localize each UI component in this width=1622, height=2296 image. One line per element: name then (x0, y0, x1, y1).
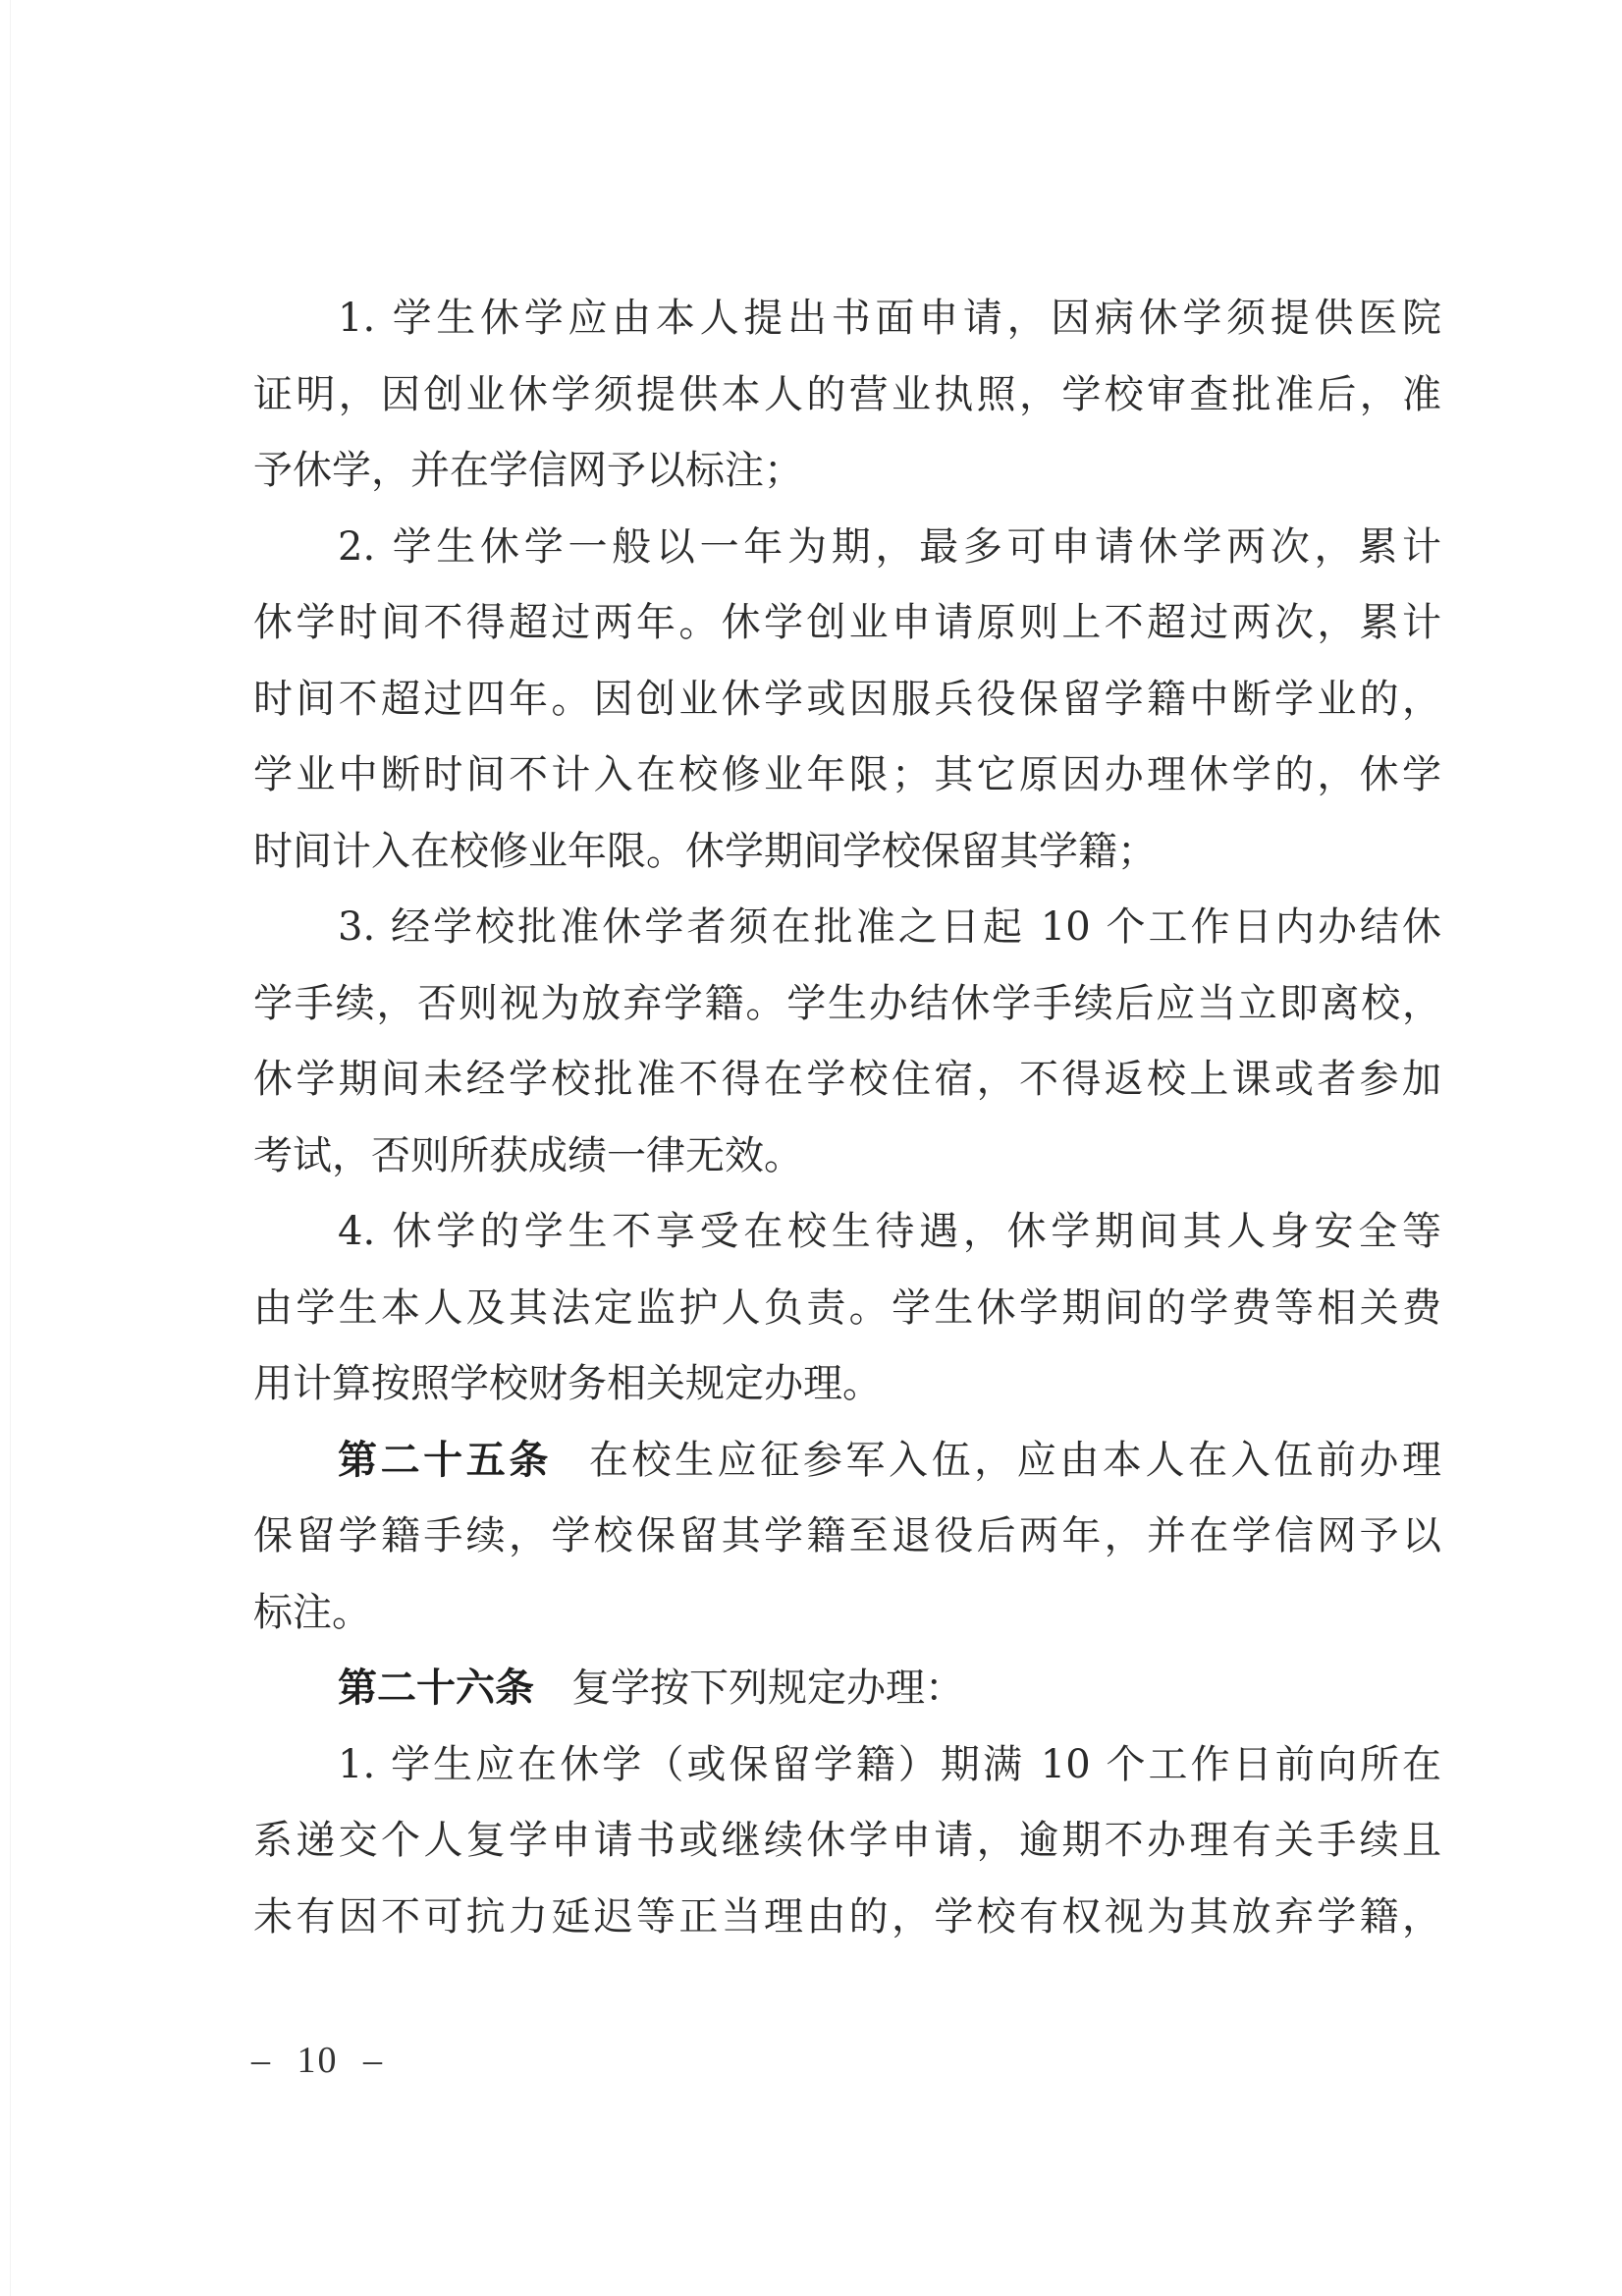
text-line: 证明，因创业休学须提供本人的营业执照，学校审查批准后，准 (253, 357, 1441, 434)
text-line: 4. 休学的学生不享受在校生待遇，休学期间其人身安全等 (253, 1194, 1441, 1271)
article-heading: 第二十六条 (338, 1666, 534, 1711)
page-number: – 10 – (251, 2039, 384, 2082)
text-line: 保留学籍手续，学校保留其学籍至退役后两年，并在学信网予以 (253, 1499, 1441, 1575)
text-line: 休学期间未经学校批准不得在学校住宿，不得返校上课或者参加 (253, 1042, 1441, 1119)
paragraph-leave-procedures: 3. 经学校批准休学者须在批准之日起 10 个工作日内办结休 学手续，否则视为放… (253, 890, 1441, 1194)
text-line: 2. 学生休学一般以一年为期，最多可申请休学两次，累计 (253, 510, 1441, 586)
text-line: 第二十五条在校生应征参军入伍，应由本人在入伍前办理 (253, 1423, 1441, 1500)
text-line: 学手续，否则视为放弃学籍。学生办结休学手续后应当立即离校， (253, 966, 1441, 1043)
text-line: 休学时间不得超过两年。休学创业申请原则上不超过两次，累计 (253, 585, 1441, 662)
paragraph-leave-application: 1. 学生休学应由本人提出书面申请，因病休学须提供医院 证明，因创业休学须提供本… (253, 281, 1441, 510)
text-line: 1. 学生应在休学（或保留学籍）期满 10 个工作日前向所在 (253, 1727, 1441, 1804)
text-line: 未有因不可抗力延迟等正当理由的，学校有权视为其放弃学籍， (253, 1880, 1441, 1956)
text-line: 考试，否则所获成绩一律无效。 (253, 1119, 1441, 1195)
text-line: 第二十六条复学按下列规定办理： (253, 1651, 1441, 1727)
article-25: 第二十五条在校生应征参军入伍，应由本人在入伍前办理 保留学籍手续，学校保留其学籍… (253, 1423, 1441, 1652)
text-line: 予休学，并在学信网予以标注； (253, 433, 1441, 510)
text-line: 时间不超过四年。因创业休学或因服兵役保留学籍中断学业的， (253, 662, 1441, 738)
text-line: 3. 经学校批准休学者须在批准之日起 10 个工作日内办结休 (253, 890, 1441, 966)
document-body: 1. 学生休学应由本人提出书面申请，因病休学须提供医院 证明，因创业休学须提供本… (253, 281, 1441, 1955)
article-text: 复学按下列规定办理： (571, 1666, 964, 1711)
text-line: 由学生本人及其法定监护人负责。学生休学期间的学费等相关费 (253, 1271, 1441, 1347)
paragraph-leave-duration: 2. 学生休学一般以一年为期，最多可申请休学两次，累计 休学时间不得超过两年。休… (253, 510, 1441, 891)
paragraph-leave-responsibility: 4. 休学的学生不享受在校生待遇，休学期间其人身安全等 由学生本人及其法定监护人… (253, 1194, 1441, 1423)
article-heading: 第二十五条 (338, 1438, 552, 1483)
paragraph-resume-application: 1. 学生应在休学（或保留学籍）期满 10 个工作日前向所在 系递交个人复学申请… (253, 1727, 1441, 1956)
text-line: 时间计入在校修业年限。休学期间学校保留其学籍； (253, 814, 1441, 891)
text-line: 标注。 (253, 1575, 1441, 1652)
text-line: 学业中断时间不计入在校修业年限；其它原因办理休学的，休学 (253, 738, 1441, 814)
article-text: 在校生应征参军入伍，应由本人在入伍前办理 (589, 1438, 1441, 1483)
scan-edge-line (10, 0, 11, 2296)
text-line: 系递交个人复学申请书或继续休学申请，逾期不办理有关手续且 (253, 1803, 1441, 1880)
text-line: 用计算按照学校财务相关规定办理。 (253, 1346, 1441, 1423)
text-line: 1. 学生休学应由本人提出书面申请，因病休学须提供医院 (253, 281, 1441, 357)
article-26: 第二十六条复学按下列规定办理： (253, 1651, 1441, 1727)
